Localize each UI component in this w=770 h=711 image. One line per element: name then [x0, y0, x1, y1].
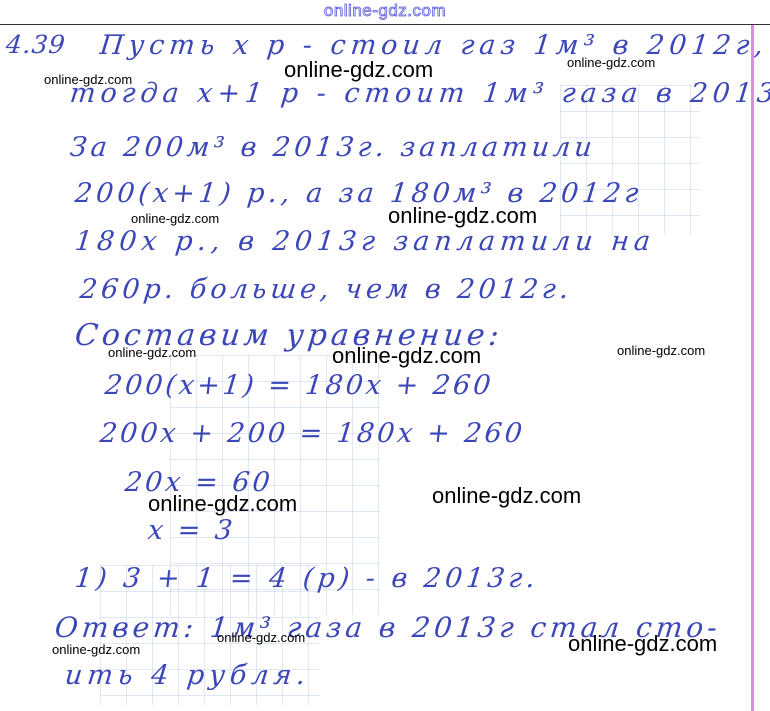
watermark: online-gdz.com	[52, 642, 140, 657]
watermark: online-gdz.com	[332, 343, 481, 369]
watermark: online-gdz.com	[44, 72, 132, 87]
answer-line: ить 4 рубля.	[63, 660, 311, 691]
watermark: online-gdz.com	[388, 203, 537, 229]
watermark: online-gdz.com	[284, 57, 433, 83]
watermark: online-gdz.com	[217, 630, 305, 645]
margin-line	[751, 25, 754, 711]
equation-line: 200x + 200 = 180x + 260	[98, 418, 526, 449]
watermark: online-gdz.com	[432, 483, 581, 509]
solution-line: 260р. больше, чем в 2012г.	[78, 274, 574, 305]
step-line: 1) 3 + 1 = 4 (р) - в 2013г.	[73, 563, 540, 594]
watermark: online-gdz.com	[617, 343, 705, 358]
header-bar: online-gdz.com	[0, 0, 770, 25]
solution-line: Пусть x р - стоил газ 1м³ в 2012г,	[98, 30, 769, 61]
watermark: online-gdz.com	[131, 211, 219, 226]
solution-line: 200(x+1) р., а за 180м³ в 2012г	[73, 178, 644, 209]
watermark: online-gdz.com	[568, 631, 717, 657]
problem-number: 4.39	[4, 30, 67, 59]
equation-line: 200(x+1) = 180x + 260	[103, 370, 495, 401]
watermark: online-gdz.com	[108, 345, 196, 360]
equation-line: x = 3	[146, 515, 236, 546]
solution-line: За 200м³ в 2013г. заплатили	[68, 132, 597, 163]
watermark: online-gdz.com	[148, 491, 297, 517]
watermark: online-gdz.com	[567, 55, 655, 70]
header-watermark: online-gdz.com	[0, 1, 770, 21]
solution-line: 180x р., в 2013г заплатили на	[73, 226, 656, 257]
